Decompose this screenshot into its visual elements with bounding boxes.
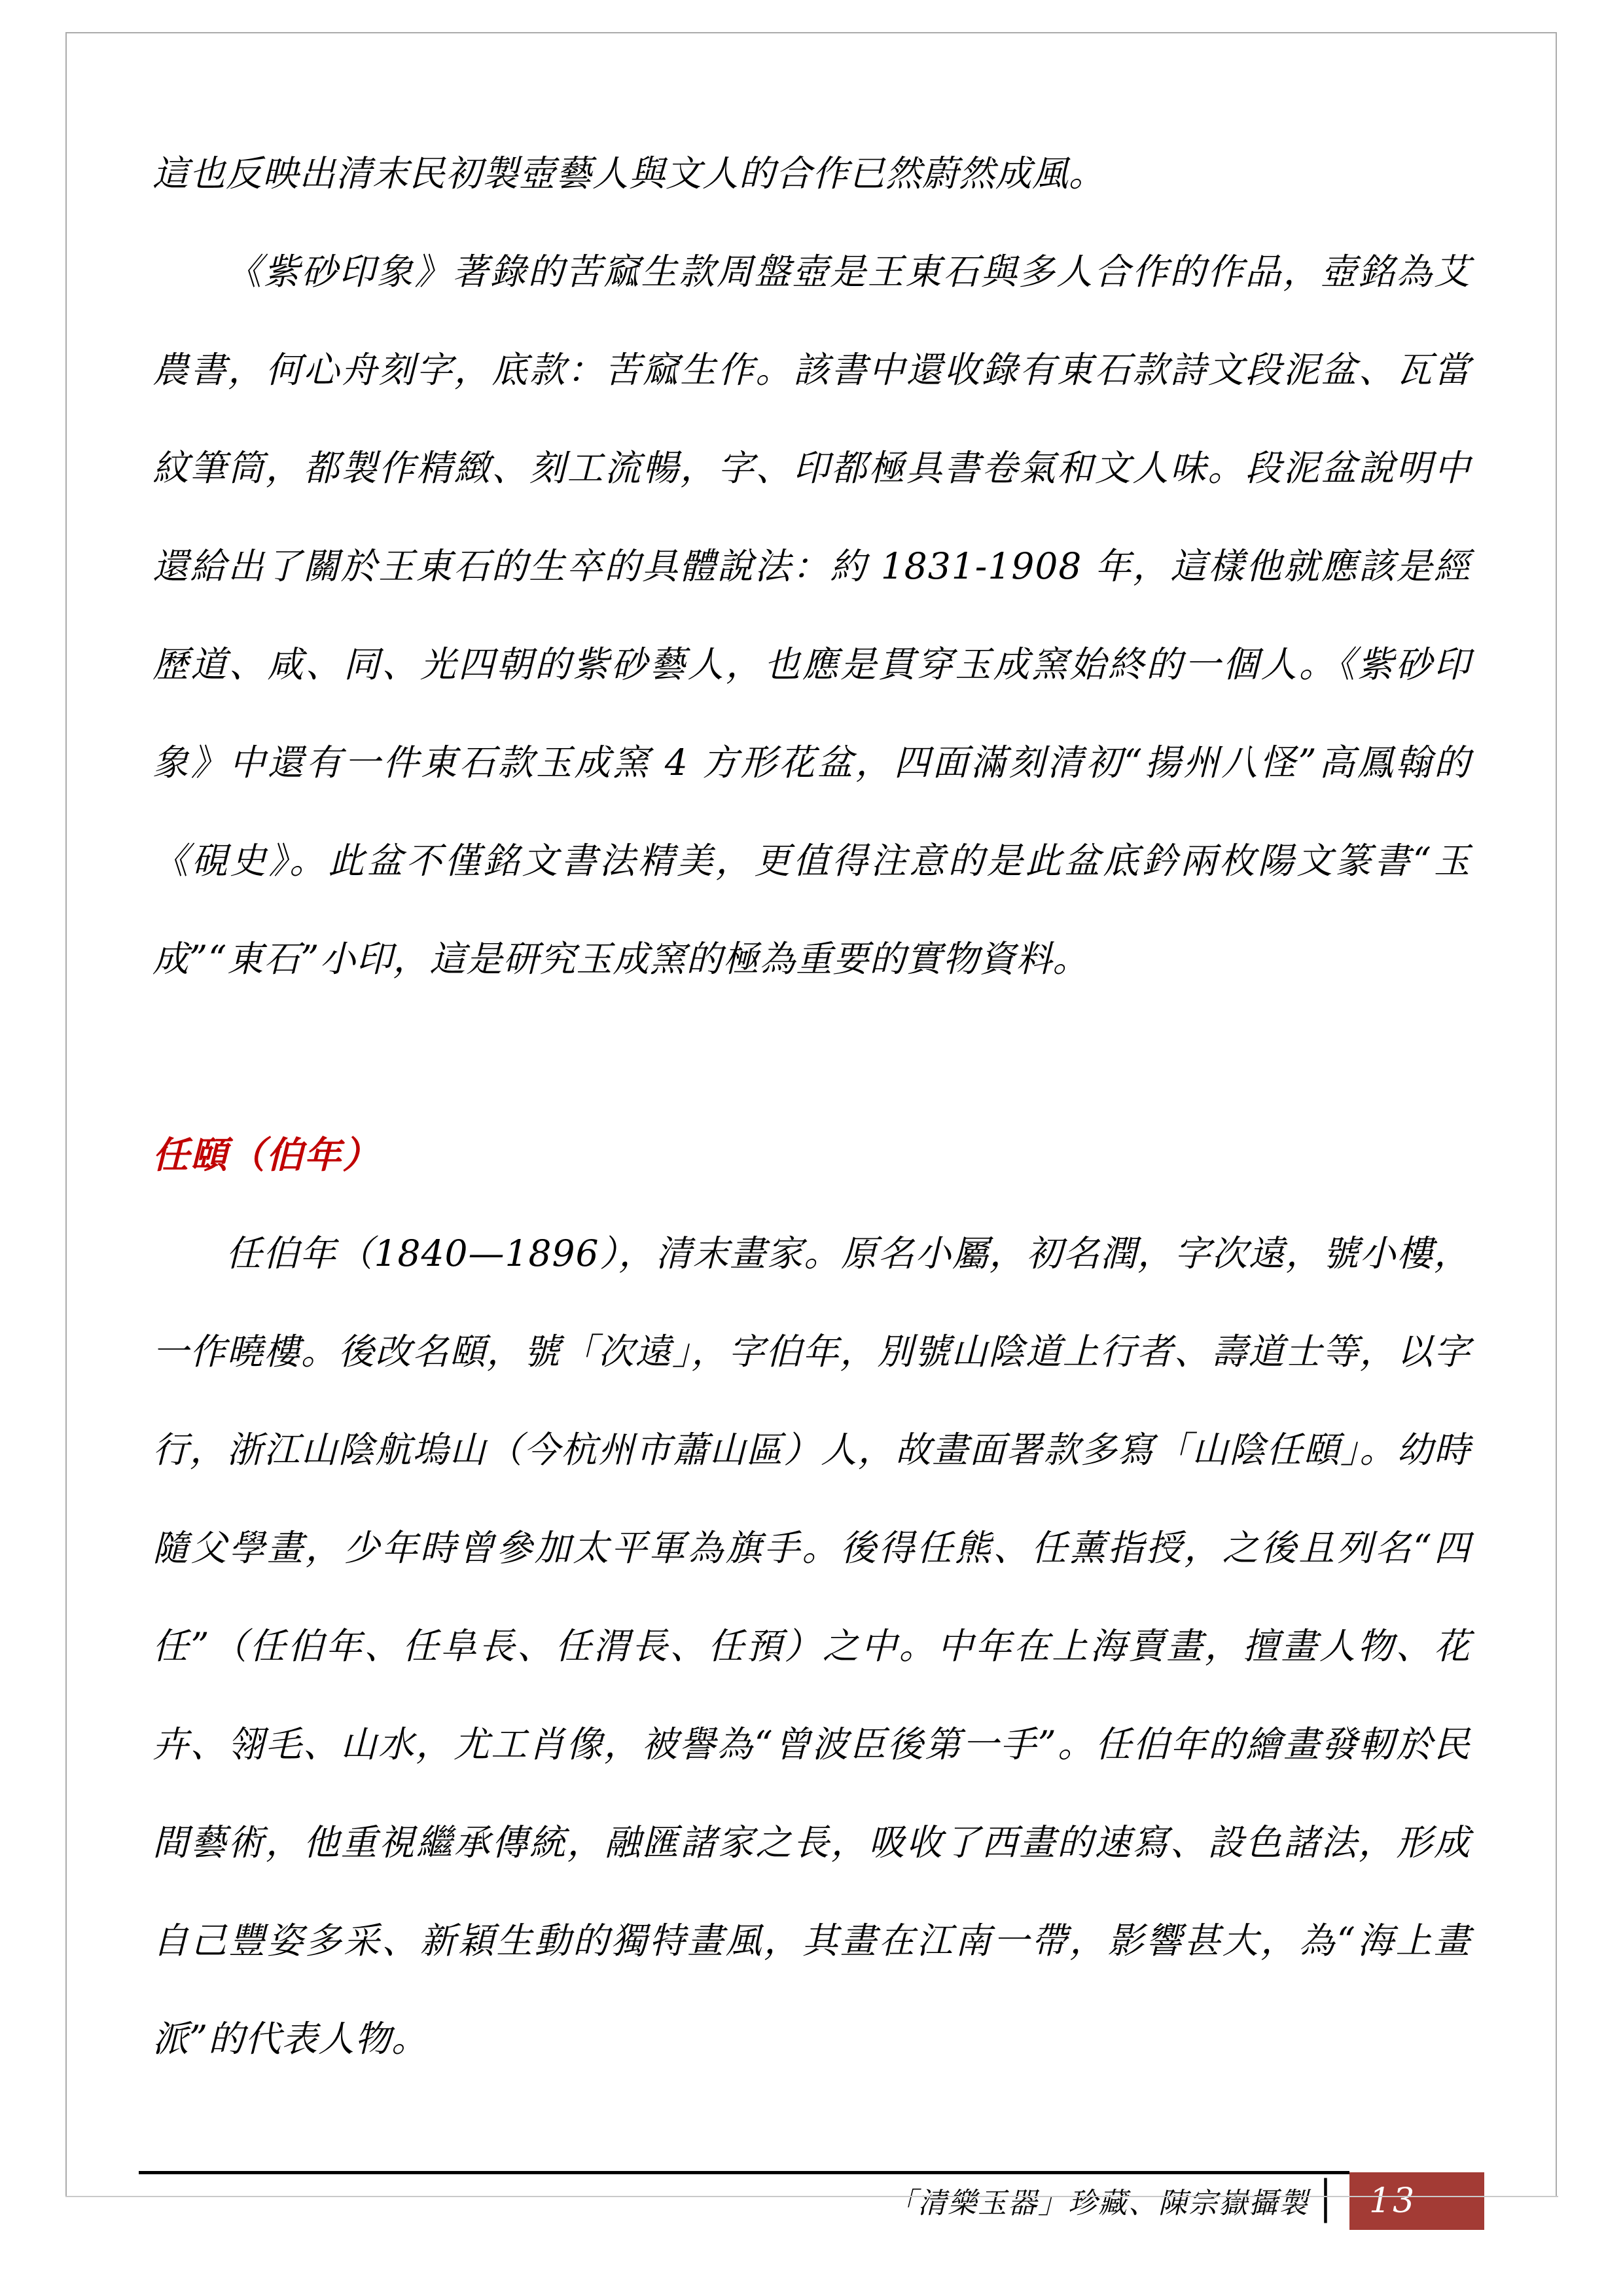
- paragraph-intro: 這也反映出清末民初製壺藝人與文人的合作已然蔚然成風。: [152, 124, 1471, 223]
- paragraph-ren-bonian-bio: 任伯年（1840—1896），清末畫家。原名小屬，初名潤，字次遠，號小樓，一作曉…: [152, 1204, 1471, 2088]
- paragraph-zisha-impressions: 《紫砂印象》著錄的苦窳生款周盤壺是王東石與多人合作的作品，壺銘為艾農書，何心舟刻…: [152, 223, 1471, 1008]
- footer-credit: 「清樂玉器」珍藏、陳宗嶽攝製 │: [887, 2174, 1338, 2227]
- body-text: 這也反映出清末民初製壺藝人與文人的合作已然蔚然成風。 《紫砂印象》著錄的苦窳生款…: [152, 124, 1471, 2088]
- document-page: 這也反映出清末民初製壺藝人與文人的合作已然蔚然成風。 《紫砂印象》著錄的苦窳生款…: [0, 0, 1623, 2296]
- section-heading-ren-yi: 任頤（伯年）: [152, 1106, 1471, 1204]
- page-number-box: 13: [1349, 2172, 1484, 2230]
- footer-separator-bar: │: [1314, 2181, 1338, 2219]
- page-number: 13: [1349, 2181, 1416, 2221]
- footer-credit-text: 「清樂玉器」珍藏、陳宗嶽攝製: [887, 2179, 1309, 2221]
- footer-gray-line: [65, 2196, 1558, 2197]
